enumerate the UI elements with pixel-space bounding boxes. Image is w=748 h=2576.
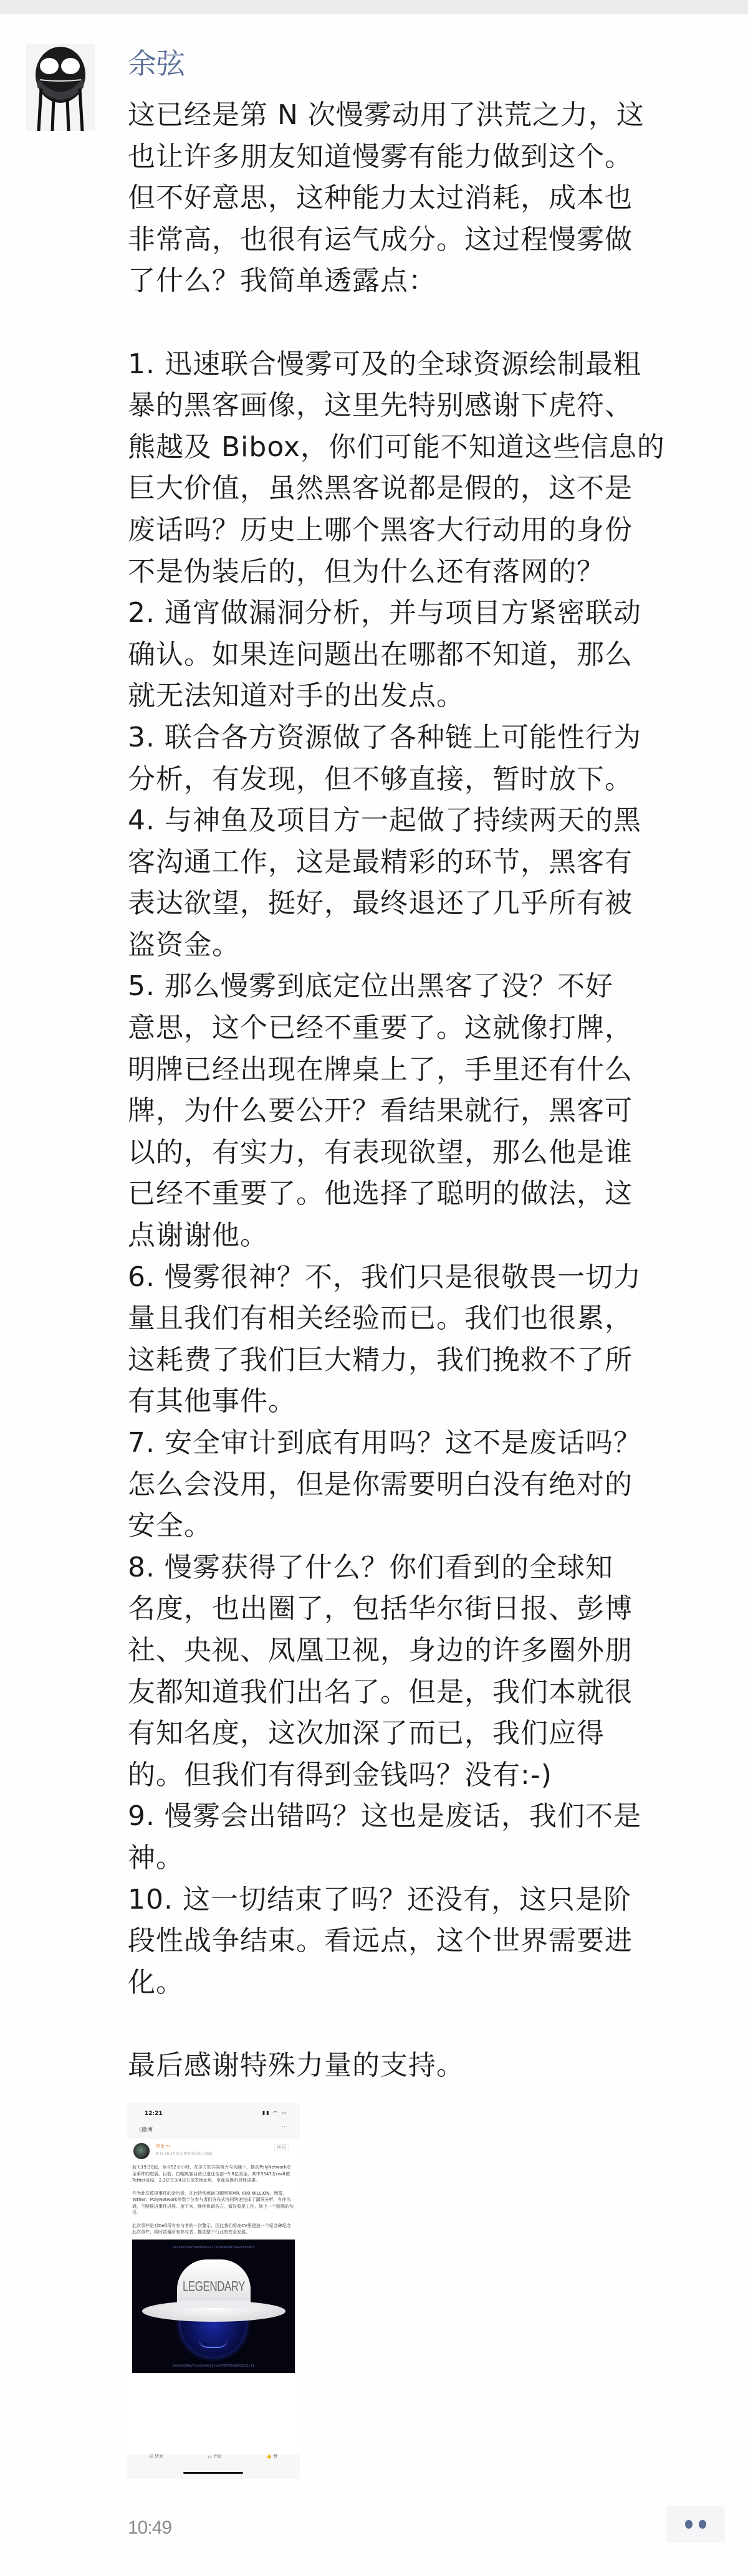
embedded-weibo-post: 神鱼 er 8-13 00:17 来自 微博国际版 已编辑 2022 前天19:…	[127, 2139, 300, 2454]
smile	[199, 2339, 228, 2348]
post-text-line: 就无法知道对手的出发点。	[128, 675, 739, 717]
hat-band	[177, 2301, 251, 2308]
post-text-line: 神。	[128, 1838, 739, 1879]
post-text-line: 意思，这个已经不重要了。这就像打牌，	[128, 1008, 739, 1049]
post-text-line: 分析，有发现，但不够直接，暂时放下。	[128, 759, 739, 801]
post-text-line: 量且我们有相关经验而已。我们也很累，	[128, 1298, 739, 1340]
post-text-line: 社、央视、凤凰卫视，身边的许多圈外朋	[128, 1630, 739, 1672]
blank-line	[128, 302, 739, 344]
post-text-line: 客沟通工作，这是最精彩的环节，黑客有	[128, 842, 739, 884]
post-text-line: 最后感谢特殊力量的支持。	[128, 2045, 739, 2087]
post-text-line: 不是伪装后的，但为什么还有落网的？	[128, 551, 739, 593]
post-text-line: 2. 通宵做漏洞分析，并与项目方紧密联动	[128, 593, 739, 634]
post-text-line: 暴的黑客画像，这里先特别感谢下虎符、	[128, 385, 739, 427]
hash-top: 0xc8a65fadf0e0ddaf421f28feab69bf6e2e5899…	[132, 2246, 295, 2249]
post-text-line: 熊越及 Bibox，你们可能不知道这些信息的	[128, 427, 739, 469]
post-text-line: 有知名度，这次加深了而已，我们应得	[128, 1713, 739, 1755]
author-name[interactable]: 余弦	[128, 45, 185, 82]
post-text-line: 的。但我们有得到金钱吗？没有:-)	[128, 1755, 739, 1796]
more-dots-icon	[699, 2520, 706, 2529]
post-text-line: 名度，也出圈了，包括华尔街日报、彭博	[128, 1588, 739, 1630]
post-text-line: 7. 安全审计到底有用吗？这不是废话吗？	[128, 1423, 739, 1464]
post-text-line: 怎么会没用，但是你需要明白没有绝对的	[128, 1464, 739, 1506]
embedded-username: 神鱼 er	[156, 2143, 170, 2149]
post-text-line: 安全。	[128, 1505, 739, 1547]
post-text-line: 化。	[128, 1962, 739, 2004]
post-text-line: 点谢谢他。	[128, 1215, 739, 1257]
embedded-post-header: 神鱼 er 8-13 00:17 来自 微博国际版 已编辑 2022	[132, 2143, 295, 2162]
embedded-status-bar: 12:21 ▮▮ ◠ ▭	[127, 2103, 300, 2122]
post-text-line: 废话吗？历史上哪个黑客大行动用的身份	[128, 510, 739, 551]
post-body: 这已经是第 N 次慢雾动用了洪荒之力，这也让许多朋友知道慢雾有能力做到这个。但不…	[128, 95, 739, 2087]
post-text-line: 已经不重要了。他选择了聪明的做法，这	[128, 1173, 739, 1215]
post-text-line: 这已经是第 N 次慢雾动用了洪荒之力，这	[128, 95, 739, 136]
embedded-paragraph: 此次事件是对Defi所有参与者的一次警示，因此我们将在CV里建造一个纪念碑纪念此…	[132, 2223, 295, 2236]
embedded-paragraph: 作为此次救援事件的亲历者，在此特别感谢白帽黑客MR. 600 MILLION、慢…	[132, 2190, 295, 2216]
post-text-line: 盗资金。	[128, 925, 739, 966]
post-text-line: 5. 那么慢雾到底定位出黑客了没？不好	[128, 966, 739, 1008]
top-bar	[0, 0, 748, 14]
post-text-line: 段性战争结束。看远点，这个世界需要进	[128, 1920, 739, 1962]
post-text-line: 确认。如果连问题出在哪都不知道，那么	[128, 634, 739, 676]
post-text-line: 了什么？我简单透露点：	[128, 260, 739, 302]
embedded-like: 👍 赞	[266, 2450, 277, 2466]
post-text-line: 以的，有实力，有表现欲望，那么他是谁	[128, 1132, 739, 1174]
more-dots-icon	[685, 2520, 693, 2529]
post-text-line: 友都知道我们出名了。但是，我们本就很	[128, 1672, 739, 1714]
hash-bottom: 0x0d6e286a7cfd25e0c01fee9756765d8033b32c…	[132, 2364, 295, 2368]
home-indicator	[183, 2472, 243, 2474]
post-text-line: 6. 慢雾很神？不，我们只是很敬畏一切力	[128, 1257, 739, 1299]
post-text-line: 这耗费了我们巨大精力，我们挽救不了所	[128, 1340, 739, 1381]
post-text-line: 9. 慢雾会出错吗？这也是废话，我们不是	[128, 1796, 739, 1838]
embedded-more-icon: ···	[281, 2124, 289, 2130]
post-text-line: 4. 与神鱼及项目方一起做了持续两天的黑	[128, 800, 739, 842]
post-text-line: 非常高，也很有运气成分。这过程慢雾做	[128, 219, 739, 261]
post-text-line: 巨大价值，虽然黑客说都是假的，这不是	[128, 468, 739, 510]
post-text-line: 有其他事件。	[128, 1381, 739, 1423]
embedded-paragraph: 前天19:30起，至今52个小时，在多方的共同努力与沟通下，推动PolyNetw…	[132, 2164, 295, 2184]
post-text-line: 1. 迅速联合慢雾可及的全球资源绘制最粗	[128, 344, 739, 386]
embedded-nav-bar: 〈微博 ···	[127, 2122, 300, 2139]
post-text-line: 10. 这一切结束了吗？还没有，这只是阶	[128, 1879, 739, 1921]
legendary-hat-image: 0xc8a65fadf0e0ddaf421f28feab69bf6e2e5899…	[132, 2240, 295, 2373]
embedded-action-bar: ☑ 转发 ▭ 评论 👍 赞	[127, 2450, 300, 2466]
embedded-meta: 8-13 00:17 来自 微博国际版 已编辑	[156, 2151, 212, 2156]
post-text-line: 牌，为什么要公开？看结果就行，黑客可	[128, 1090, 739, 1132]
embedded-back-button: 〈微博	[136, 2125, 153, 2134]
embedded-comment: ▭ 评论	[208, 2450, 222, 2466]
avatar-character-icon	[26, 44, 95, 131]
embedded-avatar	[133, 2143, 150, 2159]
post-text-line: 也让许多朋友知道慢雾有能力做到这个。	[128, 136, 739, 178]
post-text-line: 明牌已经出现在牌桌上了，手里还有什么	[128, 1049, 739, 1091]
post-text-line: 3. 联合各方资源做了各种链上可能性行为	[128, 717, 739, 759]
post-text-line: 表达欲望，挺好，最终退还了几乎所有被	[128, 883, 739, 925]
embedded-repost: ☑ 转发	[150, 2450, 164, 2466]
comment-like-button[interactable]	[666, 2506, 725, 2542]
post-text-line: 8. 慢雾获得了什么？你们看到的全球知	[128, 1547, 739, 1589]
post-text-line: 但不好意思，这种能力太过消耗，成本也	[128, 178, 739, 219]
post-timestamp: 10:49	[128, 2517, 171, 2539]
author-avatar[interactable]	[26, 44, 95, 131]
embedded-year-badge: 2022	[274, 2144, 289, 2151]
hat-text: LEGENDARY	[177, 2279, 251, 2295]
embedded-image[interactable]: 12:21 ▮▮ ◠ ▭ 〈微博 ··· 神鱼 er 8-13 00:17 来自…	[127, 2103, 300, 2479]
embedded-status-time: 12:21	[145, 2111, 163, 2117]
status-icons: ▮▮ ◠ ▭	[262, 2110, 287, 2116]
blank-line	[128, 2003, 739, 2045]
